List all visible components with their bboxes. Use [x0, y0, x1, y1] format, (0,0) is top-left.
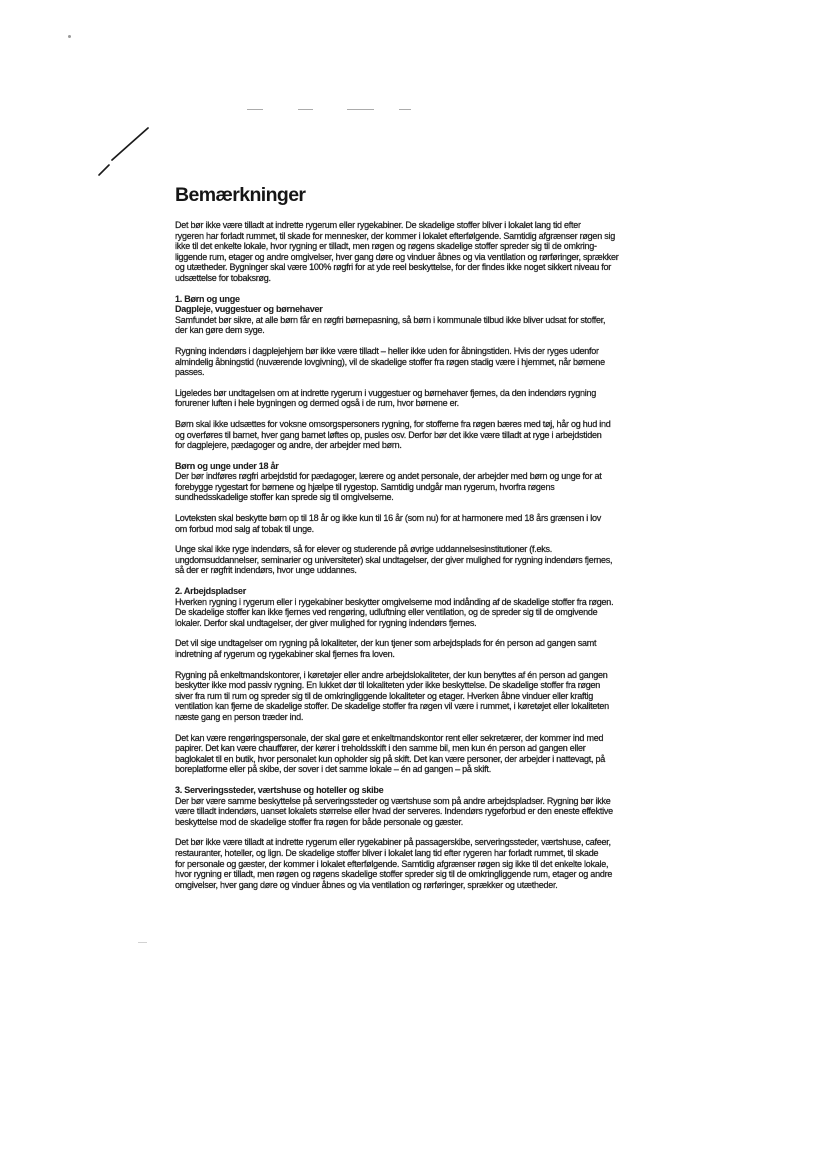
paragraph: Det bør ikke være tilladt at indrette ry… — [175, 837, 735, 890]
paragraph: Børn skal ikke udsættes for voksne omsor… — [175, 419, 735, 451]
scan-dash-artifact — [399, 109, 411, 110]
paragraph: Det bør ikke være tilladt at indrette ry… — [175, 220, 735, 284]
paragraph: Rygning indendørs i dagplejehjem bør ikk… — [175, 346, 735, 378]
pen-stroke-mark — [95, 120, 155, 180]
page-title: Bemærkninger — [175, 184, 735, 207]
paragraph: Rygning på enkeltmandskontorer, i køretø… — [175, 670, 735, 723]
paragraph: Det kan være rengøringspersonale, der sk… — [175, 733, 735, 775]
scan-dash-artifact — [247, 109, 263, 110]
section-heading-3: 3. Serveringssteder, værtshuse og hotell… — [175, 785, 735, 796]
sub-heading-dagpleje: Dagpleje, vuggestuer og børnehaver — [175, 304, 735, 315]
scan-dash-artifact — [347, 109, 374, 110]
paragraph: Unge skal ikke ryge indendørs, så for el… — [175, 544, 735, 576]
paragraph: Det vil sige undtagelser om rygning på l… — [175, 638, 735, 659]
scan-dash-artifact — [138, 942, 147, 943]
scan-dot-artifact — [68, 35, 71, 38]
paragraph: Hverken rygning i rygerum eller i rygeka… — [175, 597, 735, 629]
paragraph: Lovteksten skal beskytte børn op til 18 … — [175, 513, 735, 534]
scan-dash-artifact — [298, 109, 313, 110]
paragraph: Samfundet bør sikre, at alle børn får en… — [175, 315, 735, 336]
paragraph: Der bør indføres røgfri arbejdstid for p… — [175, 471, 735, 503]
sub-heading-under-18: Børn og unge under 18 år — [175, 461, 735, 472]
scanned-document-page: Bemærkninger Det bør ikke være tilladt a… — [0, 0, 826, 1169]
section-heading-2: 2. Arbejdspladser — [175, 586, 735, 597]
section-heading-1: 1. Børn og unge — [175, 294, 735, 305]
paragraph: Der bør være samme beskyttelse på server… — [175, 796, 735, 828]
document-content: Bemærkninger Det bør ikke være tilladt a… — [175, 184, 735, 900]
paragraph: Ligeledes bør undtagelsen om at indrette… — [175, 388, 735, 409]
